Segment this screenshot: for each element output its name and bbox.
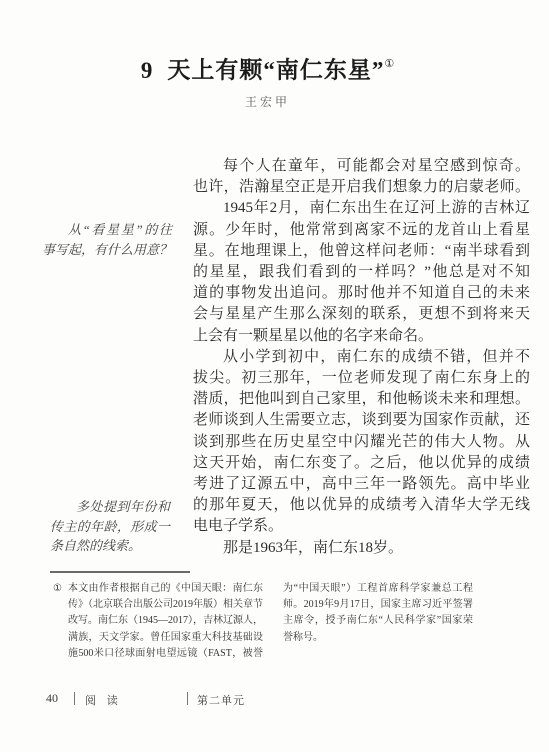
body-line: 道的事物发出追问。那时他并不知道自己的未来 xyxy=(193,283,530,304)
footnote-separator-rule xyxy=(50,571,190,573)
author-name: 王宏甲 xyxy=(0,94,535,110)
lesson-title-text: 天上有颗“南仁东星” xyxy=(167,58,384,83)
lesson-number: 9 xyxy=(141,58,154,83)
footnote-line: 为“中国天眼”）工程首席科学家兼总工程 xyxy=(283,581,473,597)
body-line: 从小学到初中，南仁东的成绩不错，但并不 xyxy=(193,347,530,368)
body-line: 电电子学系。 xyxy=(193,516,530,537)
body-line: 的那年夏天，他以优异的成绩考入清华大学无线 xyxy=(193,495,530,516)
margin-note-line: 传主的年龄，形成一 xyxy=(50,517,170,537)
margin-note: 从“看星星”的往 事写起，有什么用意？ xyxy=(42,220,172,259)
body-line: 每个人在童年，可能都会对星空感到惊奇。 xyxy=(193,156,530,177)
footer-divider-bar xyxy=(74,692,75,705)
body-line: 上会有一颗星星以他的名字来命名。 xyxy=(193,326,530,347)
margin-note-line: 多处提到年份和 xyxy=(50,497,170,517)
lesson-title: 9天上有颗“南仁东星”① xyxy=(0,50,535,87)
page-footer: 40 阅 读 第二单元 xyxy=(0,691,549,707)
body-line: 会与星星产生那么深刻的联系，更想不到将来天 xyxy=(193,304,530,325)
unit-label: 第二单元 xyxy=(197,692,245,708)
margin-note-line: 条自然的线索。 xyxy=(50,536,170,556)
body-line: 潜质，把他叫到自己家里，和他畅谈未来和理想。 xyxy=(193,389,530,410)
body-line: 拔尖。初三那年，一位老师发现了南仁东身上的 xyxy=(193,368,530,389)
footnote-line: 主席令，授予南仁东“人民科学家”国家荣 xyxy=(283,613,473,629)
footnote-line: 誉称号。 xyxy=(283,630,473,646)
footnote-line: 改写。南仁东（1945—2017），吉林辽源人， xyxy=(68,613,263,629)
footnote-column: ① 本文由作者根据自己的《中国天眼：南仁东 传》（北京联合出版公司2019年版）… xyxy=(53,581,263,662)
body-line: 源。少年时，他常常到离家不远的龙首山上看星 xyxy=(193,220,530,241)
body-line: 那是1963年，南仁东18岁。 xyxy=(193,538,530,559)
body-line: 1945年2月，南仁东出生在辽河上游的吉林辽 xyxy=(193,198,530,219)
body-text: 每个人在童年，可能都会对星空感到惊奇。 也许，浩瀚星空正是开启我们想象力的启蒙老… xyxy=(193,156,530,559)
textbook-page: 9天上有颗“南仁东星”① 王宏甲 从“看星星”的往 事写起，有什么用意？ 多处提… xyxy=(0,0,549,752)
body-line: 的星星，跟我们看到的一样吗？”他总是对不知 xyxy=(193,262,530,283)
body-line: 星。在地理课上，他曾这样问老师：“南半球看到 xyxy=(193,241,530,262)
section-label: 阅 读 xyxy=(85,692,122,708)
footnote-line: 本文由作者根据自己的《中国天眼：南仁东 xyxy=(68,581,263,597)
footnote-marker: ① xyxy=(53,581,67,597)
footnote-reference-mark: ① xyxy=(384,58,394,70)
page-number: 40 xyxy=(46,691,58,706)
footnote-line: 满族，天文学家。曾任国家重大科技基础设 xyxy=(68,630,263,646)
body-line: 考进了辽源五中，高中三年一路领先。高中毕业 xyxy=(193,474,530,495)
body-line: 谈到那些在历史星空中闪耀光芒的伟大人物。从 xyxy=(193,432,530,453)
footer-divider-bar xyxy=(187,692,188,705)
margin-note-line: 事写起，有什么用意？ xyxy=(42,240,172,260)
body-line: 也许，浩瀚星空正是开启我们想象力的启蒙老师。 xyxy=(193,177,530,198)
body-line: 老师谈到人生需要立志，谈到要为国家作贡献，还 xyxy=(193,410,530,431)
footnote-line: 施500米口径球面射电望远镜（FAST，被誉 xyxy=(68,646,263,662)
margin-note-line: 从“看星星”的往 xyxy=(42,220,172,240)
footnote-column: 为“中国天眼”）工程首席科学家兼总工程 师。2019年9月17日，国家主席习近平… xyxy=(283,581,473,646)
margin-note: 多处提到年份和 传主的年龄，形成一 条自然的线索。 xyxy=(50,497,170,556)
body-line: 这天开始，南仁东变了。之后，他以优异的成绩 xyxy=(193,453,530,474)
footnote-line: 师。2019年9月17日，国家主席习近平签署 xyxy=(283,597,473,613)
footnote-line: 传》（北京联合出版公司2019年版）相关章节 xyxy=(68,597,263,613)
